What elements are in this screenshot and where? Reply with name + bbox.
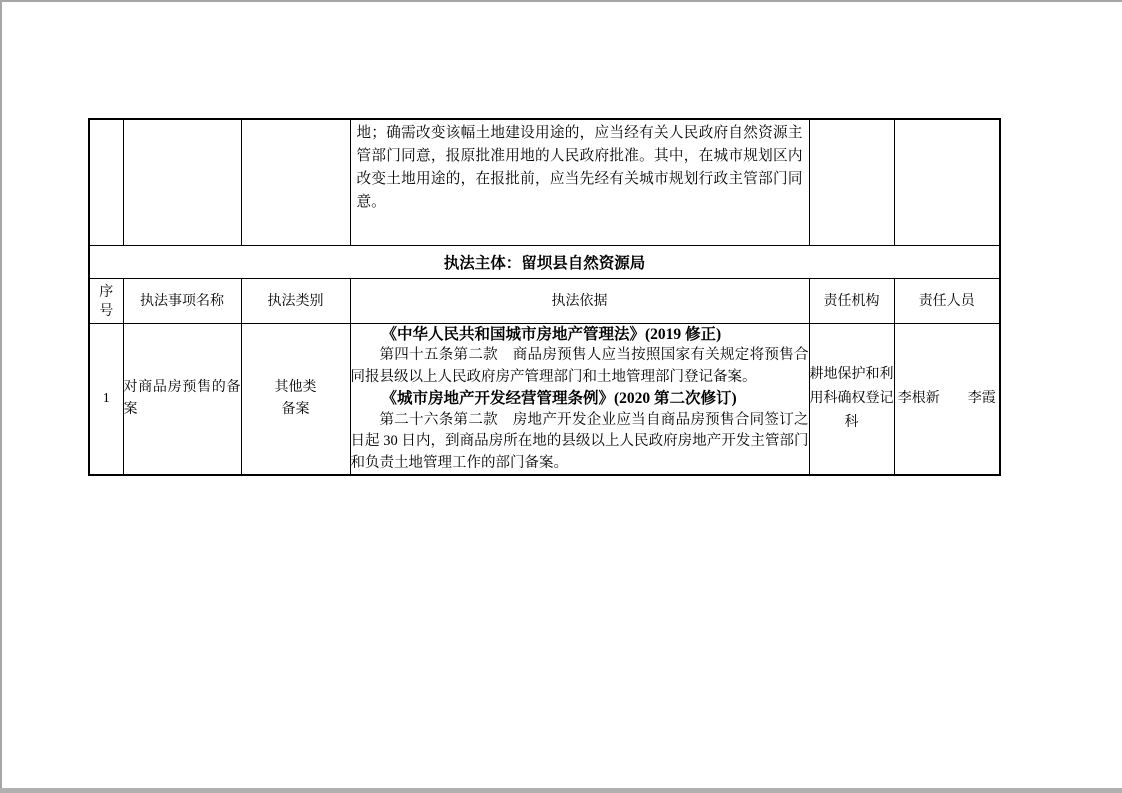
seq-cell: 1	[89, 323, 123, 475]
item-name-text: 对商品房预售的备案	[124, 377, 241, 421]
cont-responsible-org-cell	[809, 119, 894, 245]
law-clause-2: 第二十六条第二款 房地产开发企业应当自商品房预售合同签订之日起 30 日内，到商…	[351, 410, 809, 475]
page-edge-top	[0, 0, 1122, 2]
page-edge-bottom	[0, 788, 1122, 793]
col-header-item-name: 执法事项名称	[123, 278, 241, 323]
responsible-person-text: 李根新 李霞	[895, 388, 1000, 410]
table-row-subject: 执法主体：留坝县自然资源局	[89, 245, 1000, 278]
table-row-continuation: 地；确需改变该幅土地建设用途的，应当经有关人民政府自然资源主管部门同意，报原批准…	[89, 119, 1000, 245]
law-title-2: 《城市房地产开发经营管理条例》(2020 第二次修订)	[351, 388, 809, 410]
cont-responsible-person-cell	[894, 119, 1000, 245]
enforcement-table: 地；确需改变该幅土地建设用途的，应当经有关人民政府自然资源主管部门同意，报原批准…	[88, 118, 1001, 476]
responsible-person-cell: 李根新 李霞	[894, 323, 1000, 475]
cont-legal-basis-text: 地；确需改变该幅土地建设用途的，应当经有关人民政府自然资源主管部门同意，报原批准…	[351, 120, 809, 216]
cont-item-name-cell	[123, 119, 241, 245]
law-clause-1: 第四十五条第二款 商品房预售人应当按照国家有关规定将预售合同报县级以上人民政府房…	[351, 345, 809, 388]
category-cell: 其他类 备案	[241, 323, 350, 475]
legal-basis-cell: 《中华人民共和国城市房地产管理法》(2019 修正) 第四十五条第二款 商品房预…	[350, 323, 809, 475]
page-edge-left	[0, 0, 2, 793]
cont-seq-cell	[89, 119, 123, 245]
col-header-legal-basis: 执法依据	[350, 278, 809, 323]
law-title-1: 《中华人民共和国城市房地产管理法》(2019 修正)	[351, 324, 809, 346]
table-row: 1 对商品房预售的备案 其他类 备案 《中华人民共和国城市房地产管理法》(201…	[89, 323, 1000, 475]
cont-legal-basis-cell: 地；确需改变该幅土地建设用途的，应当经有关人民政府自然资源主管部门同意，报原批准…	[350, 119, 809, 245]
col-header-responsible-person: 责任人员	[894, 278, 1000, 323]
col-header-seq: 序号	[89, 278, 123, 323]
item-name-cell: 对商品房预售的备案	[123, 323, 241, 475]
col-header-responsible-org: 责任机构	[809, 278, 894, 323]
col-header-category: 执法类别	[241, 278, 350, 323]
cont-category-cell	[241, 119, 350, 245]
table-header-row: 序号 执法事项名称 执法类别 执法依据 责任机构 责任人员	[89, 278, 1000, 323]
document-page: { "page": { "background": "#ffffff", "ed…	[0, 0, 1122, 793]
enforcement-subject-title: 执法主体：留坝县自然资源局	[89, 245, 1000, 278]
responsible-org-cell: 耕地保护和利用科确权登记科	[809, 323, 894, 475]
